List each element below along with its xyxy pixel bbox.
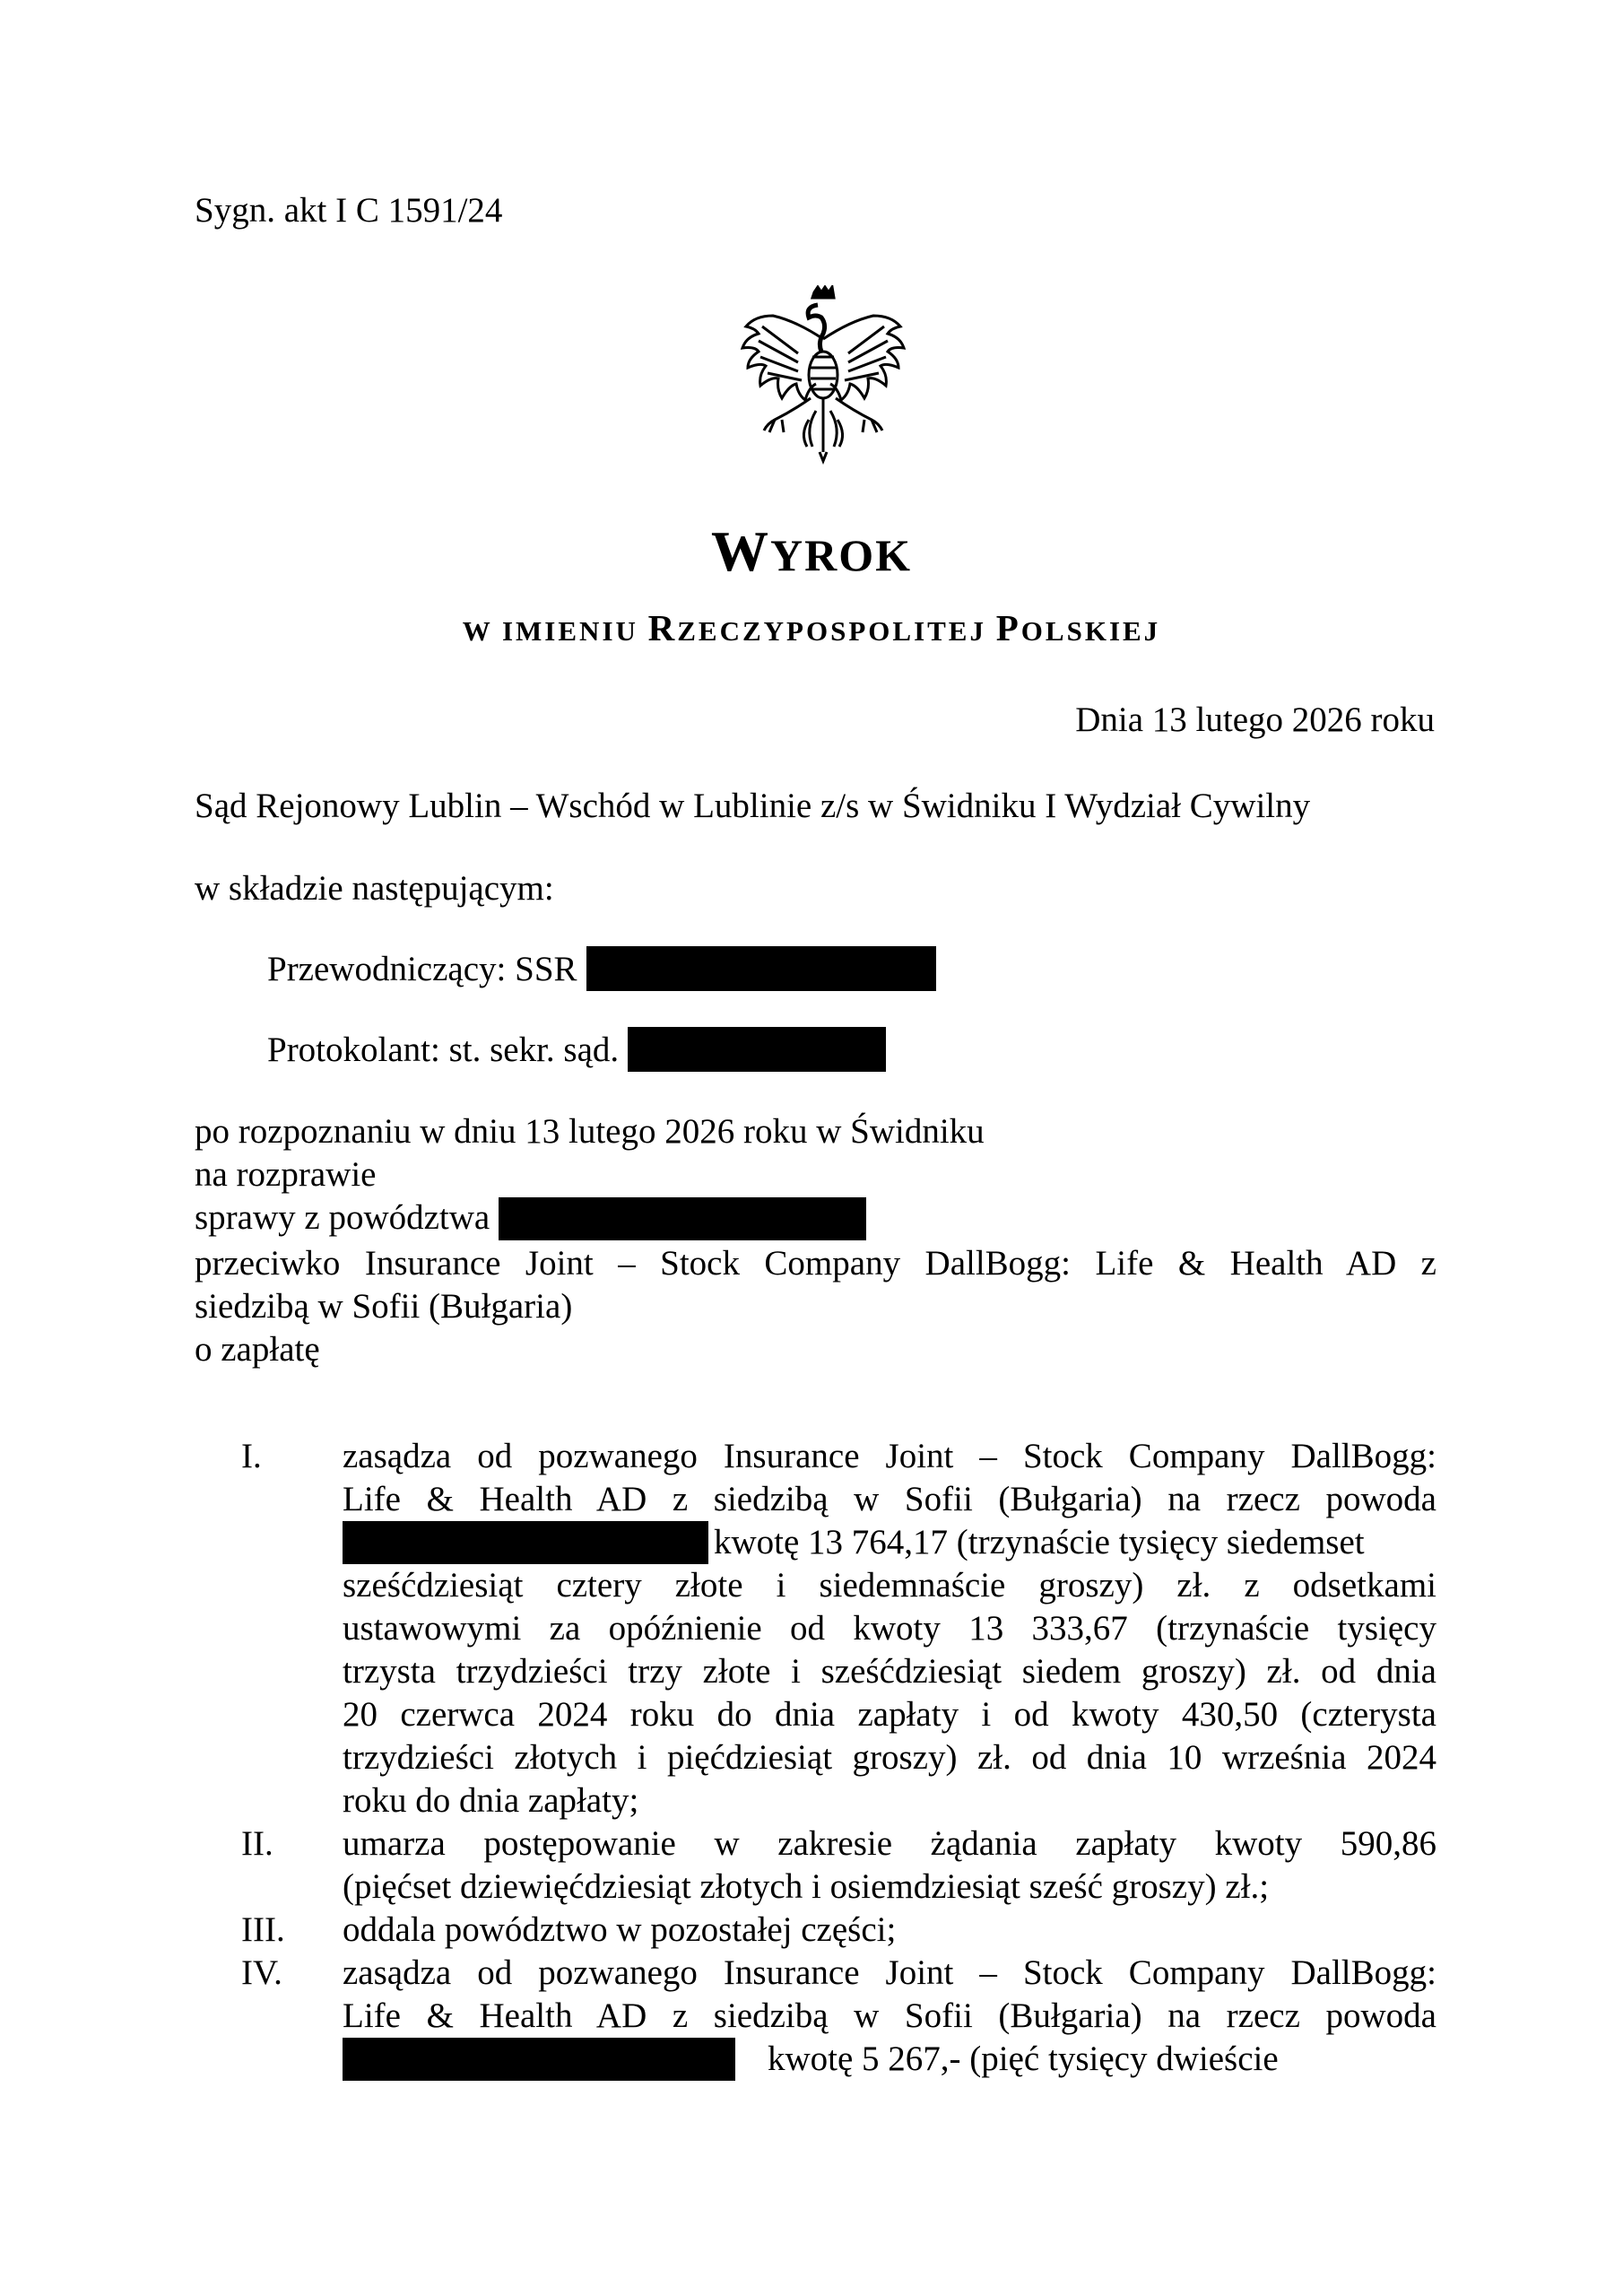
ruling-number: I.: [195, 1435, 343, 1822]
case-signature: Sygn. akt I C 1591/24: [195, 190, 502, 230]
intro-defendant-seat: siedzibą w Sofii (Bułgaria): [195, 1285, 1436, 1328]
document-title: WYROK: [0, 518, 1623, 585]
redacted-plaintiff-name: [499, 1197, 866, 1240]
redacted-plaintiff-name: [343, 1521, 708, 1564]
presiding-judge-line: Przewodniczący: SSR: [267, 949, 936, 995]
case-intro: po rozpoznaniu w dniu 13 lutego 2026 rok…: [195, 1110, 1436, 1371]
intro-hearing-type: na rozprawie: [195, 1153, 1436, 1196]
ruling-number: IV.: [195, 1952, 343, 2081]
presiding-judge-label: Przewodniczący: SSR: [267, 950, 577, 988]
intro-hearing-line: po rozpoznaniu w dniu 13 lutego 2026 rok…: [195, 1110, 1436, 1153]
document-subtitle: W IMIENIU RZECZYPOSPOLITEJ POLSKIEJ: [0, 606, 1623, 649]
ruling-item: I. zasądza od pozwanego Insurance Joint …: [195, 1435, 1436, 1822]
ruling-number: II.: [195, 1822, 343, 1909]
ruling-number: III.: [195, 1909, 343, 1952]
rulings-list: I. zasądza od pozwanego Insurance Joint …: [195, 1435, 1436, 2081]
court-name: Sąd Rejonowy Lublin – Wschód w Lublinie …: [195, 786, 1310, 826]
polish-eagle-icon: [735, 285, 911, 465]
intro-plaintiff-line: sprawy z powództwa: [195, 1196, 1436, 1242]
ruling-item: II. umarza postępowanie w zakresie żądan…: [195, 1822, 1436, 1909]
redacted-clerk-name: [628, 1027, 886, 1072]
clerk-line: Protokolant: st. sekr. sąd.: [267, 1030, 886, 1075]
redacted-plaintiff-name: [343, 2038, 735, 2081]
intro-defendant-line: przeciwko Insurance Joint – Stock Compan…: [195, 1242, 1436, 1285]
clerk-label: Protokolant: st. sekr. sąd.: [267, 1031, 619, 1069]
judgment-date: Dnia 13 lutego 2026 roku: [1075, 700, 1435, 740]
composition-label: w składzie następującym:: [195, 868, 554, 909]
redacted-judge-name: [586, 946, 936, 991]
ruling-item: IV. zasądza od pozwanego Insurance Joint…: [195, 1952, 1436, 2081]
intro-subject: o zapłatę: [195, 1328, 1436, 1371]
ruling-item: III. oddala powództwo w pozostałej częśc…: [195, 1909, 1436, 1952]
